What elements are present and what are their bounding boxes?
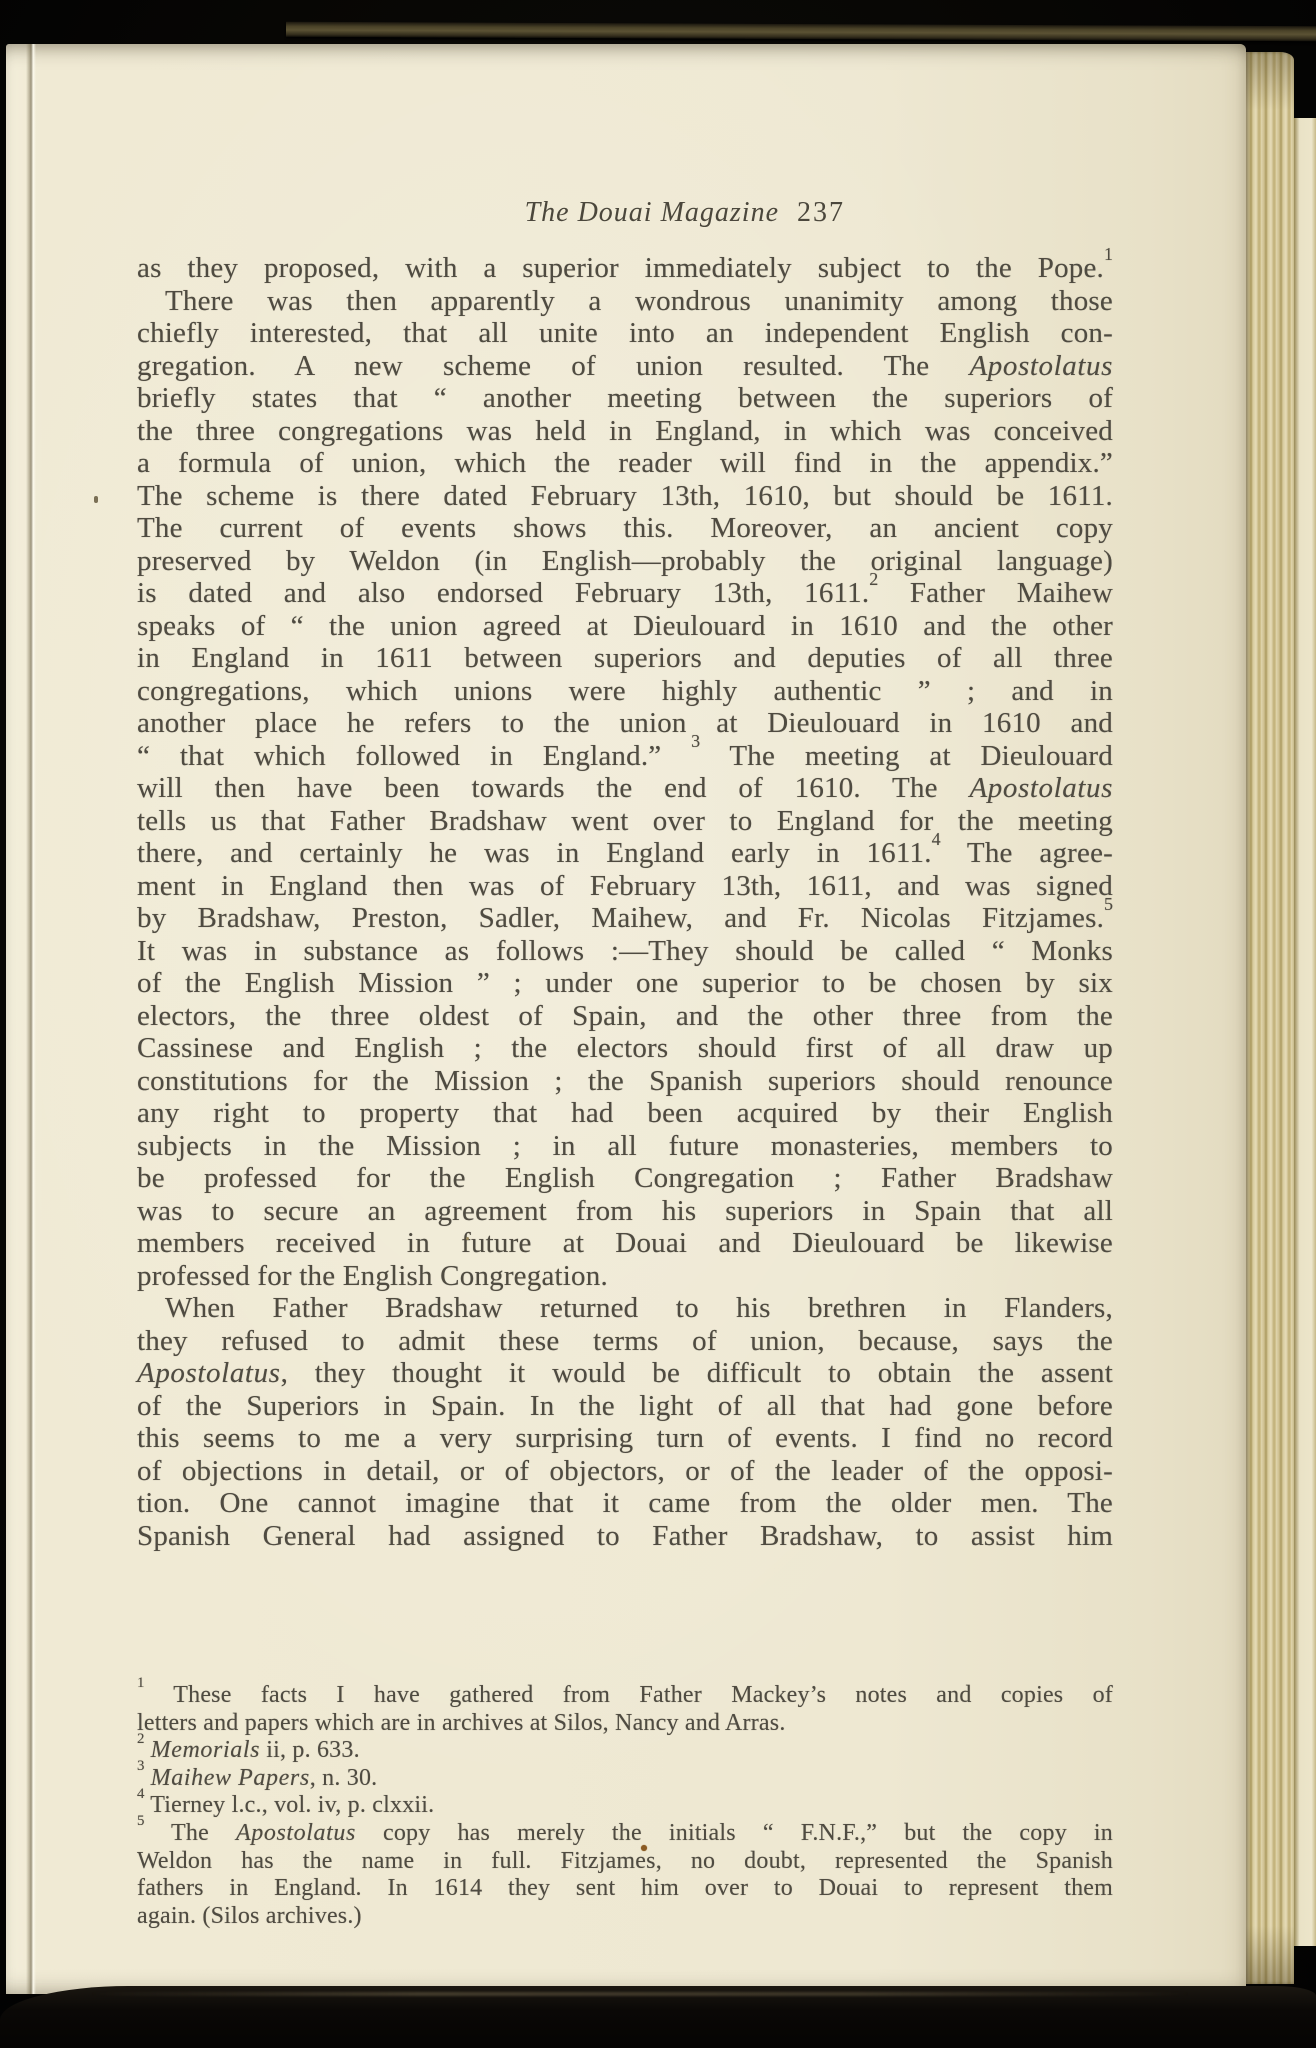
text-line: professed for the English Congregation. bbox=[137, 1260, 1113, 1293]
footnote-line: 3 Maihew Papers, n. 30. bbox=[137, 1765, 1113, 1793]
text-line: ment in England then was of February 13t… bbox=[137, 870, 1113, 903]
book-photo: The Douai Magazine237 as they proposed, … bbox=[0, 0, 1316, 2048]
book-cover-cloth-edge bbox=[286, 22, 1316, 41]
text-line: will then have been towards the end of 1… bbox=[137, 772, 1113, 805]
text-line: as they proposed, with a superior immedi… bbox=[137, 252, 1113, 285]
text-line: subjects in the Mission ; in all future … bbox=[137, 1130, 1113, 1163]
paper-speck bbox=[466, 1237, 469, 1240]
text-line: tells us that Father Bradshaw went over … bbox=[137, 805, 1113, 838]
text-line: members received in future at Douai and … bbox=[137, 1227, 1113, 1260]
footnote-line: 2 Memorials ii, p. 633. bbox=[137, 1737, 1113, 1765]
text-line: they refused to admit these terms of uni… bbox=[137, 1325, 1113, 1358]
text-line: there, and certainly he was in England e… bbox=[137, 837, 1113, 870]
stacked-page-edges bbox=[1246, 52, 1294, 1984]
text-line: preserved by Weldon (in English—probably… bbox=[137, 545, 1113, 578]
text-line: is dated and also endorsed February 13th… bbox=[137, 577, 1113, 610]
footnote-line: 1 These facts I have gathered from Fathe… bbox=[137, 1682, 1113, 1710]
book-cover-bottom bbox=[0, 1986, 1316, 2048]
text-line: When Father Bradshaw returned to his bre… bbox=[137, 1292, 1113, 1325]
text-line: any right to property that had been acqu… bbox=[137, 1097, 1113, 1130]
text-line: a formula of union, which the reader wil… bbox=[137, 447, 1113, 480]
text-line: Cassinese and English ; the electors sho… bbox=[137, 1032, 1113, 1065]
page-header: The Douai Magazine237 bbox=[137, 196, 1113, 230]
footnote-line: Weldon has the name in full. Fitzjames, … bbox=[137, 1848, 1113, 1876]
text-line: by Bradshaw, Preston, Sadler, Maihew, an… bbox=[137, 902, 1113, 935]
footnotes: 1 These facts I have gathered from Fathe… bbox=[137, 1682, 1113, 1930]
text-line: chiefly interested, that all unite into … bbox=[137, 317, 1113, 350]
text-line: The scheme is there dated February 13th,… bbox=[137, 480, 1113, 513]
text-line: in England in 1611 between superiors and… bbox=[137, 642, 1113, 675]
page-number: 237 bbox=[797, 197, 845, 228]
footnote-line: 5 The Apostolatus copy has merely the in… bbox=[137, 1820, 1113, 1848]
paper-speck bbox=[641, 1845, 647, 1851]
text-line: was to secure an agreement from his supe… bbox=[137, 1195, 1113, 1228]
text-line: this seems to me a very surprising turn … bbox=[137, 1422, 1113, 1455]
text-line: speaks of “ the union agreed at Dieuloua… bbox=[137, 610, 1113, 643]
running-title: The Douai Magazine bbox=[525, 197, 779, 228]
text-line: the three congregations was held in Engl… bbox=[137, 415, 1113, 448]
book-page: The Douai Magazine237 as they proposed, … bbox=[6, 44, 1246, 1994]
text-line: another place he refers to the union at … bbox=[137, 707, 1113, 740]
text-line: The current of events shows this. Moreov… bbox=[137, 512, 1113, 545]
body-text: as they proposed, with a superior immedi… bbox=[137, 252, 1113, 1552]
text-line: Spanish General had assigned to Father B… bbox=[137, 1520, 1113, 1553]
text-line: “ that which followed in England.” 3 The… bbox=[137, 740, 1113, 773]
footnote-line: 4 Tierney l.c., vol. iv, p. clxxii. bbox=[137, 1792, 1113, 1820]
text-line: of objections in detail, or of objectors… bbox=[137, 1455, 1113, 1488]
text-line: briefly states that “ another meeting be… bbox=[137, 382, 1113, 415]
text-line: gregation. A new scheme of union resulte… bbox=[137, 350, 1113, 383]
paper-speck bbox=[94, 496, 98, 503]
footnote-line: again. (Silos archives.) bbox=[137, 1903, 1113, 1931]
footnote-line: letters and papers which are in archives… bbox=[137, 1710, 1113, 1738]
text-line: electors, the three oldest of Spain, and… bbox=[137, 1000, 1113, 1033]
footnote-line: fathers in England. In 1614 they sent hi… bbox=[137, 1875, 1113, 1903]
text-line: congregations, which unions were highly … bbox=[137, 675, 1113, 708]
text-line: of the English Mission ” ; under one sup… bbox=[137, 967, 1113, 1000]
text-line: There was then apparently a wondrous una… bbox=[137, 285, 1113, 318]
far-page-edge bbox=[1294, 118, 1316, 1946]
page-content: The Douai Magazine237 as they proposed, … bbox=[137, 196, 1113, 1930]
text-line: Apostolatus, they thought it would be di… bbox=[137, 1357, 1113, 1390]
text-line: tion. One cannot imagine that it came fr… bbox=[137, 1487, 1113, 1520]
text-line: It was in substance as follows :—They sh… bbox=[137, 935, 1113, 968]
text-line: be professed for the English Congregatio… bbox=[137, 1162, 1113, 1195]
text-line: constitutions for the Mission ; the Span… bbox=[137, 1065, 1113, 1098]
text-line: of the Superiors in Spain. In the light … bbox=[137, 1390, 1113, 1423]
